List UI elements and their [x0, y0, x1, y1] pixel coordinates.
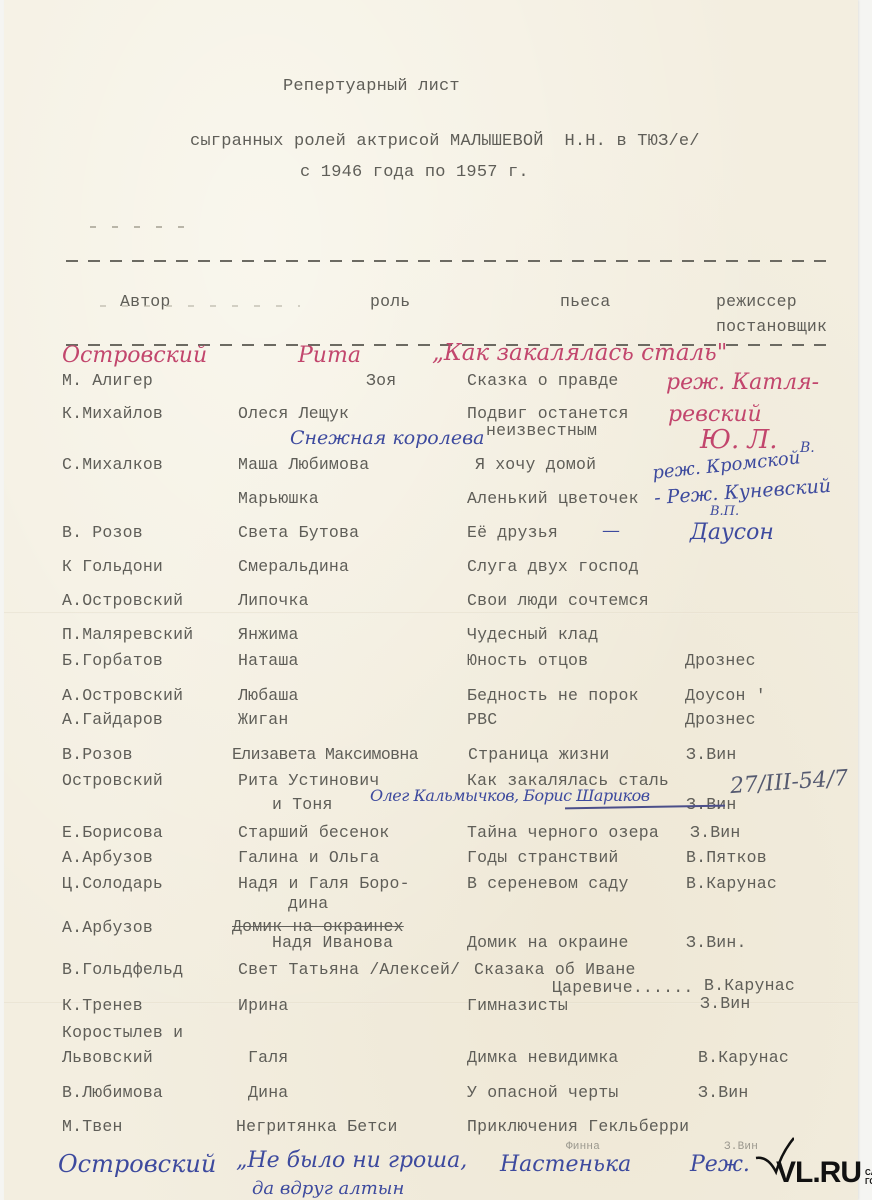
row-play: Я хочу домой: [475, 455, 596, 474]
row-author: А.Арбузов: [62, 918, 153, 937]
row-play: Годы странствий: [467, 848, 619, 867]
row-play: Слуга двух господ: [467, 557, 639, 576]
row-author: Коростылев и: [62, 1023, 183, 1042]
row-role: Галина и Ольга: [238, 848, 379, 867]
row-role: Маша Любимова: [238, 455, 369, 474]
row-play: Юность отцов: [467, 651, 588, 670]
row-role: Рита Устинович: [238, 771, 379, 790]
row-author: С.Михалков: [62, 455, 163, 474]
row-play: Сказка о правде: [467, 371, 619, 390]
row-director: З.Вин.: [686, 933, 747, 952]
row-author-cont: Львовский: [62, 1048, 153, 1067]
handwritten-play: „Не было ни гроша,: [236, 1148, 467, 1173]
row-play: РВС: [467, 710, 497, 729]
row-play: В сереневом саду: [467, 874, 629, 893]
document-title: Репертуарный лист: [283, 77, 460, 96]
row-play: У опасной черты: [467, 1083, 619, 1102]
row-author: П.Маляревский: [62, 625, 193, 644]
row-play: Димка невидимка: [467, 1048, 619, 1067]
row-director: В.Карунас: [704, 976, 795, 995]
row-play: Страница жизни: [468, 745, 609, 764]
handwritten-actors: Олег Кальмычков, Борис Шариков: [370, 786, 650, 805]
row-role: Света Бутова: [238, 523, 359, 542]
vlru-watermark: VL.RU САЙТ ГОРОДА: [776, 1158, 872, 1188]
row-play: Аленький цветочек: [467, 489, 639, 508]
row-role: Галя: [248, 1048, 288, 1067]
row-author: М. Алигер: [62, 371, 153, 390]
row-play: Сказака об Иване: [474, 960, 636, 979]
row-author: А.Арбузов: [62, 848, 153, 867]
row-role: Марьюшка: [238, 489, 319, 508]
row-author: М.Твен: [62, 1117, 123, 1136]
header-director-line2: постановщик: [716, 317, 827, 336]
row-director: В.Карунас: [686, 874, 777, 893]
row-role: Любаша: [238, 686, 299, 705]
handwritten-play: да вдруг алтын: [252, 1178, 404, 1199]
handwritten-director: ревский: [668, 402, 762, 427]
row-author: Б.Горбатов: [62, 651, 163, 670]
document-subtitle: сыгранных ролей актрисой МАЛЫШЕВОЙ Н.Н. …: [190, 132, 700, 151]
row-author: К.Тренев: [62, 996, 143, 1015]
row-play: Тайна черного озера: [467, 823, 659, 842]
row-role: Смеральдина: [238, 557, 349, 576]
row-director: Доусон ': [685, 686, 766, 705]
handwritten-note: Снежная королева: [290, 427, 484, 449]
handwritten-note: В.: [800, 440, 815, 456]
row-author: В.Любимова: [62, 1083, 163, 1102]
row-author: Ц.Солодарь: [62, 874, 163, 893]
row-role: Надя Иванова: [272, 933, 393, 952]
header-director: режиссер: [716, 292, 797, 311]
row-director: В.Пятков: [686, 848, 767, 867]
row-role: Липочка: [238, 591, 309, 610]
row-author: К Гольдони: [62, 557, 163, 576]
row-director: З.Вин: [700, 994, 751, 1013]
row-role: Свет Татьяна /Алексей/: [238, 960, 460, 979]
row-role: Зоя: [366, 371, 396, 390]
handwritten-author: Островский: [62, 343, 207, 368]
row-role: Янжима: [238, 625, 299, 644]
handwritten-author: Островский: [58, 1150, 216, 1178]
row-play: Свои люди сочтемся: [467, 591, 649, 610]
header-play: пьеса: [560, 292, 611, 311]
row-author: Островский: [62, 771, 163, 790]
handwritten-director: Даусон: [690, 520, 774, 545]
handwritten-note: —: [602, 520, 620, 541]
row-role: Жиган: [238, 710, 289, 729]
document-period: с 1946 года по 1957 г.: [300, 163, 529, 182]
header-role: роль: [370, 292, 410, 311]
row-role: Дина: [248, 1083, 288, 1102]
paper-fold: [4, 612, 858, 614]
row-director: З.Вин: [686, 745, 737, 764]
row-author: А.Островский: [62, 686, 183, 705]
row-role: Надя и Галя Боро-: [238, 874, 410, 893]
row-author: Е.Борисова: [62, 823, 163, 842]
row-play: Гимназисты: [467, 996, 568, 1015]
handwritten-role: Рита: [298, 343, 361, 368]
checkmark-icon: [754, 1136, 794, 1176]
dashed-separator: [90, 226, 190, 228]
dashed-separator: [66, 260, 836, 262]
dashed-separator: [100, 305, 300, 307]
row-play: Чудесный клад: [467, 625, 598, 644]
row-role: Елизавета Максимовна: [232, 745, 418, 764]
row-play: Домик на окраине: [467, 933, 629, 952]
row-director: В.Карунас: [698, 1048, 789, 1067]
row-role: Негритянка Бетси: [236, 1117, 398, 1136]
handwritten-role: Настенька: [500, 1152, 631, 1177]
watermark-tagline: САЙТ ГОРОДА: [865, 1168, 872, 1186]
row-play-cont: Царевиче......: [552, 978, 693, 997]
row-author: А.Островский: [62, 591, 183, 610]
header-author: Автор: [120, 292, 171, 311]
row-role-cont: и Тоня: [272, 795, 333, 814]
row-author: В. Розов: [62, 523, 143, 542]
row-role: Олеся Лещук: [238, 404, 349, 423]
handwritten-note: В.П.: [710, 504, 739, 519]
row-author: В.Гольдфельд: [62, 960, 183, 979]
row-play: Приключения Гекльберри: [467, 1117, 689, 1136]
row-director: Дрознес: [685, 710, 756, 729]
row-play: Её друзья: [467, 523, 558, 542]
row-director: З.Вин: [698, 1083, 749, 1102]
row-role: Старший бесенок: [238, 823, 390, 842]
row-author: В.Розов: [62, 745, 133, 764]
handwritten-play: „Как закалялась сталь": [432, 340, 727, 366]
row-role-cont: дина: [288, 894, 328, 913]
row-director: Дрознес: [685, 651, 756, 670]
handwritten-director: реж. Катля-: [666, 370, 819, 395]
row-play-cont: неизвестным: [486, 421, 597, 440]
row-author: А.Гайдаров: [62, 710, 163, 729]
row-role: Наташа: [238, 651, 299, 670]
handwritten-director: Реж.: [690, 1152, 750, 1177]
row-author: К.Михайлов: [62, 404, 163, 423]
row-play: Бедность не порок: [467, 686, 639, 705]
row-director: З.Вин: [690, 823, 741, 842]
row-role: Ирина: [238, 996, 289, 1015]
